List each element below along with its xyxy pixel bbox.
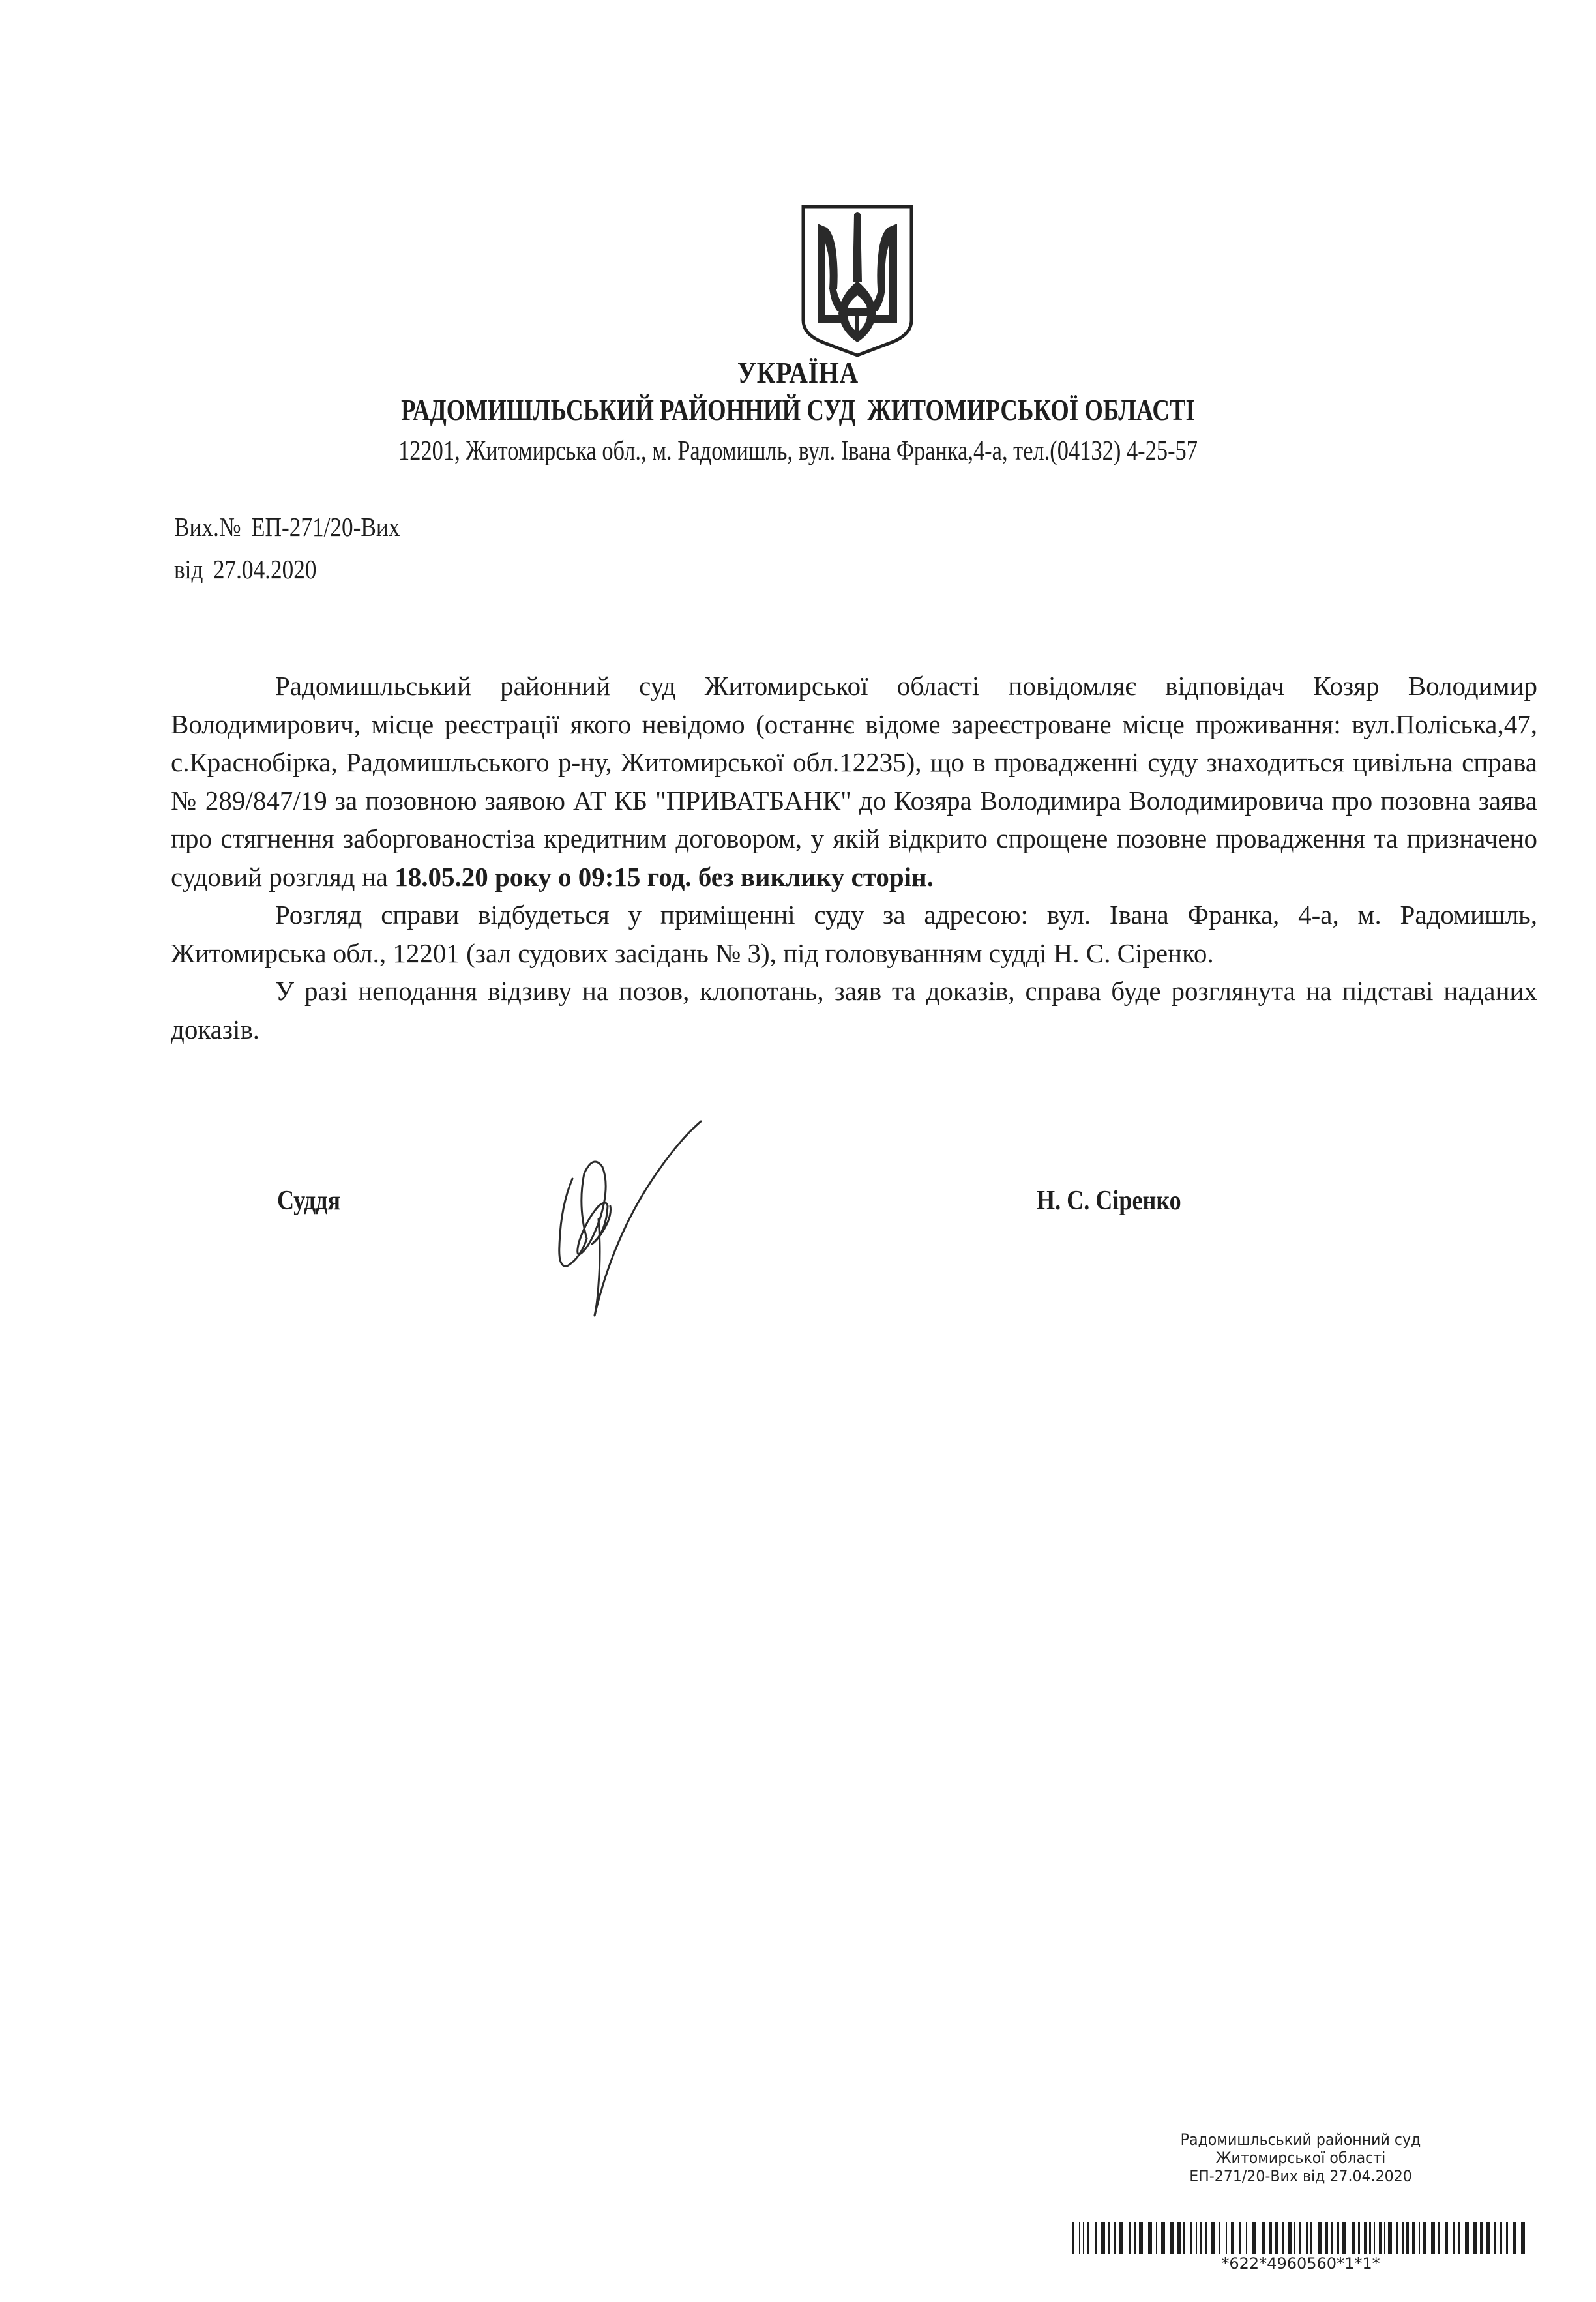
notice-paragraph-2: Розгляд справи відбудеться у приміщенні … bbox=[171, 896, 1537, 972]
paragraph-1-text: Радомишльський районний суд Житомирської… bbox=[171, 671, 1537, 892]
registration-stamp: Радомишльський районний суд Житомирської… bbox=[1069, 2131, 1532, 2185]
paragraph-3-text: У разі неподання відзиву на позов, клопо… bbox=[171, 976, 1537, 1044]
outgoing-number-label: Вих.№ bbox=[174, 512, 241, 542]
court-address: 12201, Житомирська обл., м. Радомишль, в… bbox=[143, 435, 1452, 467]
stamp-region-line: Житомирської області bbox=[1087, 2149, 1513, 2167]
country-title: УКРАЇНА bbox=[111, 355, 1484, 390]
paragraph-2-text: Розгляд справи відбудеться у приміщенні … bbox=[171, 900, 1537, 968]
handwritten-signature bbox=[522, 1108, 821, 1330]
notice-paragraph-3: У разі неподання відзиву на позов, клопо… bbox=[171, 972, 1537, 1048]
court-name-title: РАДОМИШЛЬСЬКИЙ РАЙОННИЙ СУД ЖИТОМИРСЬКОЇ… bbox=[160, 392, 1436, 427]
outgoing-date-label: від bbox=[174, 554, 203, 584]
judge-role-label: Суддя bbox=[277, 1185, 340, 1217]
outgoing-number-value: ЕП-271/20-Вих bbox=[251, 512, 400, 542]
outgoing-date: від27.04.2020 bbox=[174, 553, 317, 585]
notice-paragraph-1: Радомишльський районний суд Житомирської… bbox=[171, 667, 1537, 896]
judge-name: Н. С. Сіренко bbox=[1037, 1185, 1181, 1217]
stamp-court-line: Радомишльський районний суд bbox=[1087, 2131, 1513, 2149]
barcode-icon bbox=[1072, 2222, 1529, 2254]
outgoing-date-value: 27.04.2020 bbox=[213, 554, 317, 584]
coat-of-arms-icon bbox=[801, 204, 914, 358]
outgoing-number: Вих.№ЕП-271/20-Вих bbox=[174, 511, 400, 542]
notice-body: Радомишльський районний суд Житомирської… bbox=[171, 667, 1537, 1048]
barcode-number: *622*4960560*1*1* bbox=[1069, 2254, 1532, 2273]
hearing-date-bold: 18.05.20 року о 09:15 год. без виклику с… bbox=[394, 862, 934, 892]
stamp-reference-line: ЕП-271/20-Вих від 27.04.2020 bbox=[1087, 2167, 1513, 2185]
